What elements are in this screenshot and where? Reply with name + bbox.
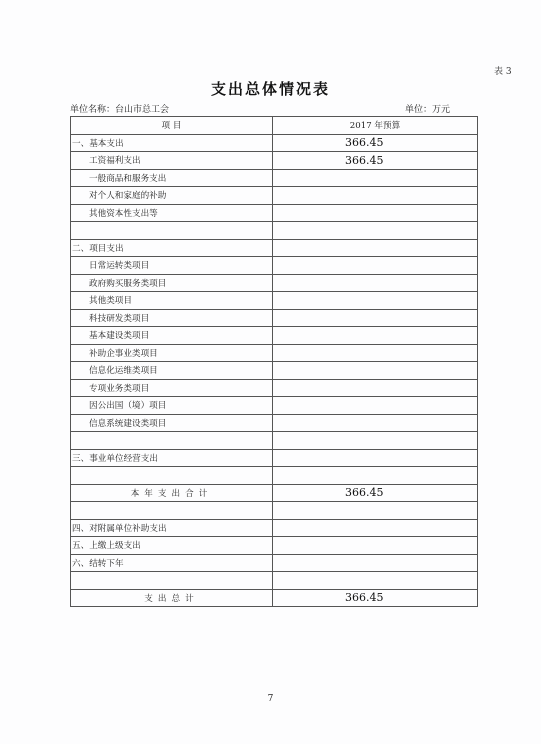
table-row: 政府购买服务类项目: [71, 274, 478, 292]
table-row: 本年支出合计366.45: [71, 484, 478, 502]
table-row: 信息化运维类项目: [71, 362, 478, 380]
row-value: [273, 572, 478, 590]
table-row: [71, 432, 478, 450]
table-row: [71, 467, 478, 485]
row-value: [273, 554, 478, 572]
row-value: 366.45: [273, 134, 478, 152]
table-row: [71, 222, 478, 240]
row-label: 一般商品和服务支出: [71, 169, 273, 187]
row-label: [71, 502, 273, 520]
row-value: [273, 169, 478, 187]
row-label: 专项业务类项目: [71, 379, 273, 397]
row-label: [71, 222, 273, 240]
row-value: [273, 379, 478, 397]
row-label: [71, 467, 273, 485]
row-value: [273, 397, 478, 415]
table-row: 四、对附属单位补助支出: [71, 519, 478, 537]
row-value: [273, 414, 478, 432]
unit-name-label: 单位名称：台山市总工会: [70, 102, 169, 115]
row-value: [273, 327, 478, 345]
row-label: 工资福利支出: [71, 152, 273, 170]
row-label: 本年支出合计: [71, 484, 273, 502]
table-row: 补助企事业类项目: [71, 344, 478, 362]
row-label: 补助企事业类项目: [71, 344, 273, 362]
row-label: 三、事业单位经营支出: [71, 449, 273, 467]
table-row: 专项业务类项目: [71, 379, 478, 397]
row-label: 六、结转下年: [71, 554, 273, 572]
row-label: 信息化运维类项目: [71, 362, 273, 380]
row-value: [273, 239, 478, 257]
row-value: [273, 449, 478, 467]
table-row: 其他类项目: [71, 292, 478, 310]
row-label: 日常运转类项目: [71, 257, 273, 275]
row-value: [273, 467, 478, 485]
table-row: 对个人和家庭的补助: [71, 187, 478, 205]
row-value: [273, 537, 478, 555]
header-budget: 2017 年预算: [273, 117, 478, 135]
table-row: 工资福利支出366.45: [71, 152, 478, 170]
row-value: [273, 432, 478, 450]
row-value: [273, 204, 478, 222]
row-value: [273, 502, 478, 520]
row-value: [273, 274, 478, 292]
row-label: 其他资本性支出等: [71, 204, 273, 222]
table-row: [71, 572, 478, 590]
table-row: 其他资本性支出等: [71, 204, 478, 222]
row-label: 信息系统建设类项目: [71, 414, 273, 432]
row-value: 366.45: [273, 152, 478, 170]
page-title: 支出总体情况表: [0, 78, 541, 99]
table-number-label: 表 3: [494, 64, 512, 77]
row-label: 五、上缴上级支出: [71, 537, 273, 555]
table-row: 一般商品和服务支出: [71, 169, 478, 187]
row-label: 支出总计: [71, 589, 273, 607]
table-row: [71, 502, 478, 520]
row-value: [273, 292, 478, 310]
table-row: 因公出国（境）项目: [71, 397, 478, 415]
row-value: [273, 344, 478, 362]
table-row: 日常运转类项目: [71, 257, 478, 275]
table-row: 三、事业单位经营支出: [71, 449, 478, 467]
row-label: 一、基本支出: [71, 134, 273, 152]
row-label: 基本建设类项目: [71, 327, 273, 345]
row-label: [71, 432, 273, 450]
table-row: 二、项目支出: [71, 239, 478, 257]
row-label: 政府购买服务类项目: [71, 274, 273, 292]
table-row: 一、基本支出366.45: [71, 134, 478, 152]
row-value: 366.45: [273, 484, 478, 502]
row-label: 四、对附属单位补助支出: [71, 519, 273, 537]
row-label: [71, 572, 273, 590]
row-label: 因公出国（境）项目: [71, 397, 273, 415]
row-label: 二、项目支出: [71, 239, 273, 257]
row-value: [273, 222, 478, 240]
row-value: [273, 187, 478, 205]
row-value: [273, 519, 478, 537]
table-row: 科技研发类项目: [71, 309, 478, 327]
table-header-row: 项 目 2017 年预算: [71, 117, 478, 135]
row-label: 其他类项目: [71, 292, 273, 310]
currency-unit-label: 单位：万元: [405, 102, 450, 115]
table-row: 基本建设类项目: [71, 327, 478, 345]
table-row: 六、结转下年: [71, 554, 478, 572]
table-row: 五、上缴上级支出: [71, 537, 478, 555]
row-value: [273, 362, 478, 380]
row-value: [273, 309, 478, 327]
expenditure-table: 项 目 2017 年预算 一、基本支出366.45工资福利支出366.45一般商…: [70, 116, 478, 607]
table-row: 信息系统建设类项目: [71, 414, 478, 432]
row-label: 对个人和家庭的补助: [71, 187, 273, 205]
table-row: 支出总计366.45: [71, 589, 478, 607]
page-number: 7: [0, 694, 541, 704]
header-item: 项 目: [71, 117, 273, 135]
row-value: 366.45: [273, 589, 478, 607]
row-value: [273, 257, 478, 275]
row-label: 科技研发类项目: [71, 309, 273, 327]
